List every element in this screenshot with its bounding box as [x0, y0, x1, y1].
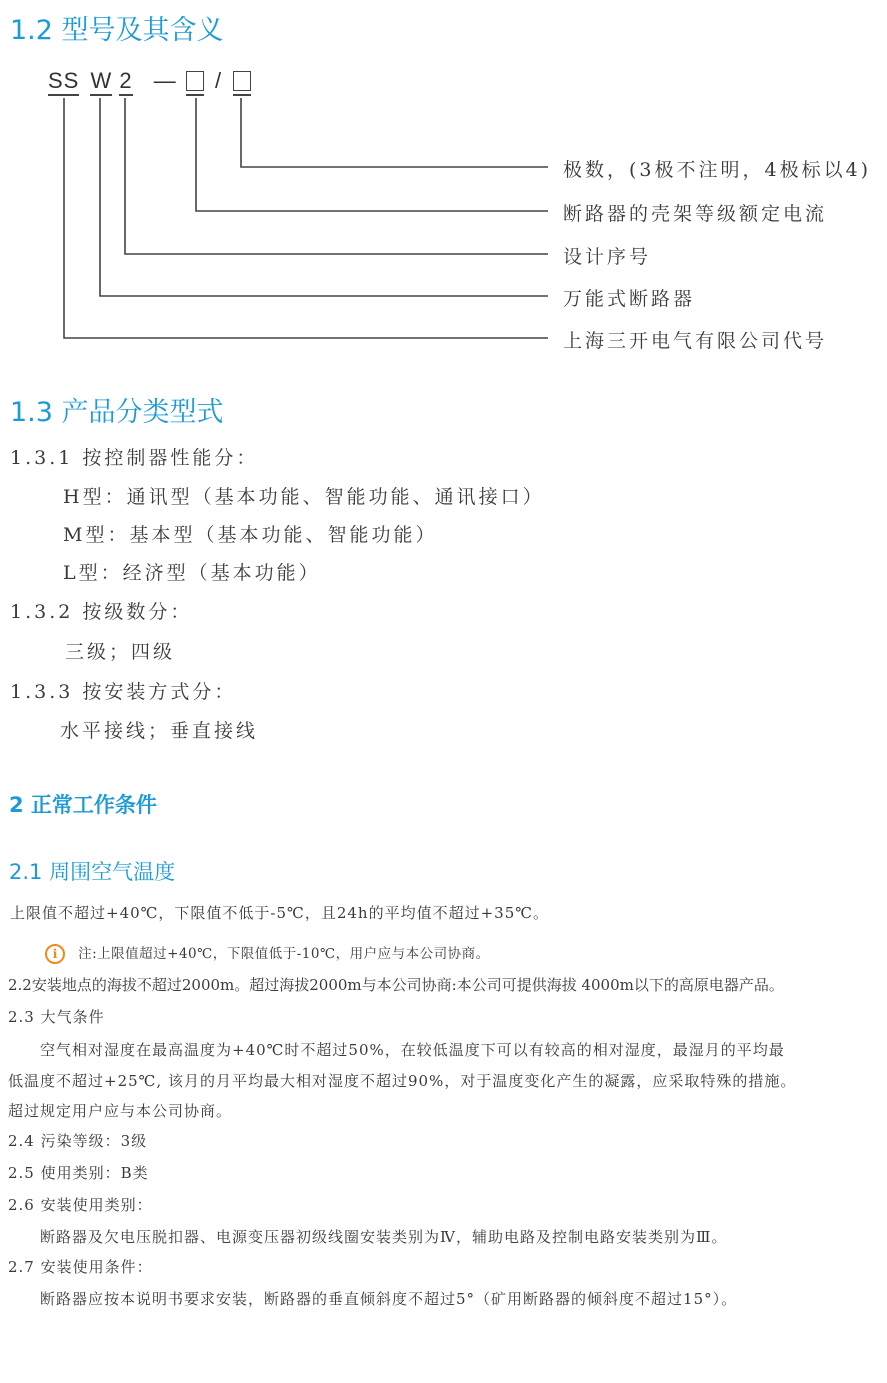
- type-m: M型：基本型（基本功能、智能功能）: [63, 520, 437, 547]
- pollution-degree: 2.4 污染等级：3级: [8, 1130, 147, 1151]
- wiring-options: 水平接线；垂直接线: [60, 716, 258, 743]
- legend-company-code: 上海三开电气有限公司代号: [563, 326, 827, 353]
- legend-breaker-type: 万能式断路器: [563, 284, 695, 311]
- atmosphere-line-1: 空气相对湿度在最高温度为+40℃时不超过50%，在较低温度下可以有较高的相对湿度…: [40, 1039, 785, 1060]
- atmosphere-line-3: 超过规定用户应与本公司协商。: [8, 1100, 232, 1121]
- utilization-category: 2.5 使用类别：B类: [8, 1162, 149, 1183]
- legend-design-no: 设计序号: [563, 242, 651, 269]
- heading-1-3-1: 1.3.1 按控制器性能分：: [10, 443, 258, 470]
- type-l: L型：经济型（基本功能）: [63, 558, 321, 585]
- temperature-note: 注:上限值超过+40℃，下限值低于-10℃，用户应与本公司协商。: [78, 946, 489, 962]
- heading-1-3-3: 1.3.3 按安装方式分：: [10, 677, 236, 704]
- type-h: H型：通讯型（基本功能、智能功能、通讯接口）: [63, 482, 545, 509]
- legend-poles: 极数，(3极不注明，4极标以4): [563, 155, 871, 182]
- section-title-1-3: 1.3 产品分类型式: [10, 390, 224, 429]
- atmosphere-line-2: 低温度不超过+25℃, 该月的月平均最大相对湿度不超过90%，对于温度变化产生的…: [8, 1070, 796, 1091]
- poles-options: 三级；四级: [65, 637, 175, 664]
- heading-2-7: 2.7 安装使用条件：: [8, 1256, 153, 1277]
- installation-conditions: 断路器应按本说明书要求安装，断路器的垂直倾斜度不超过5°（矿用断路器的倾斜度不超…: [40, 1288, 737, 1309]
- heading-2-3: 2.3 大气条件: [8, 1006, 105, 1027]
- legend-rated-current: 断路器的壳架等级额定电流: [563, 199, 827, 226]
- info-icon: i: [45, 944, 65, 964]
- note-row: i 注:上限值超过+40℃，下限值低于-10℃，用户应与本公司协商。: [45, 942, 490, 964]
- altitude-text: 2.2安装地点的海拔不超过2000m。超过海拔2000m与本公司协商:本公司可提…: [8, 974, 784, 995]
- heading-1-3-2: 1.3.2 按级数分：: [10, 597, 192, 624]
- temperature-text: 上限值不超过+40℃，下限值不低于-5℃，且24h的平均值不超过+35℃。: [10, 902, 549, 923]
- section-title-2-1: 2.1 周围空气温度: [9, 856, 175, 886]
- heading-2-6: 2.6 安装使用类别：: [8, 1194, 153, 1215]
- installation-category: 断路器及欠电压脱扣器、电源变压器初级线圈安装类别为Ⅳ，辅助电路及控制电路安装类别…: [40, 1226, 727, 1247]
- section-title-2: 2 正常工作条件: [9, 789, 157, 819]
